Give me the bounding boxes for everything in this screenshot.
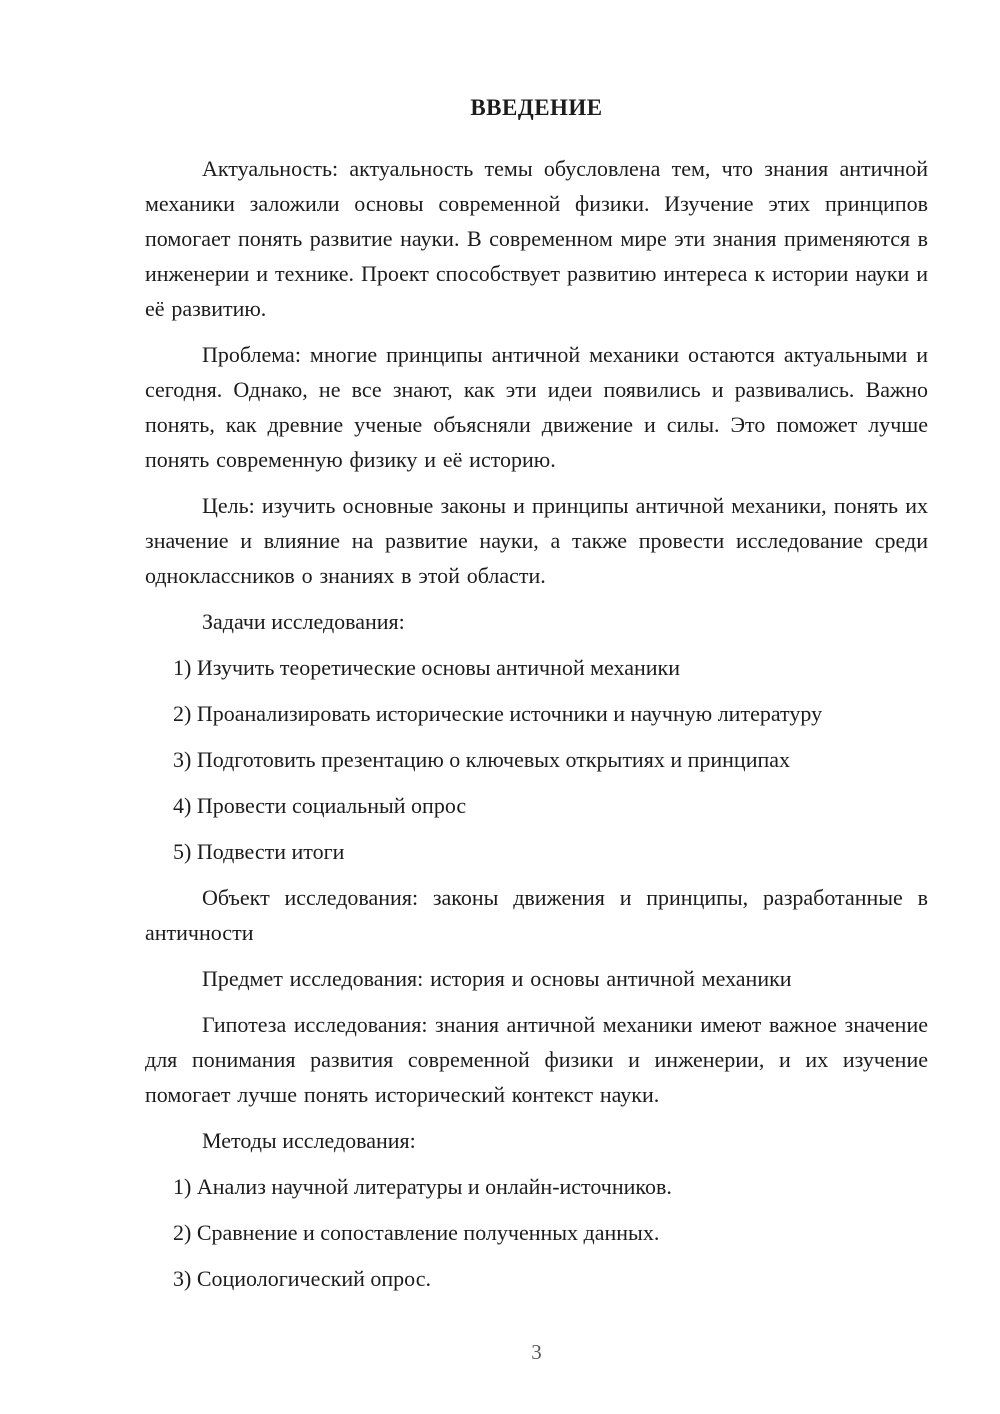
paragraph-problem: Проблема: многие принципы античной механ…	[145, 337, 928, 477]
method-item-3: 3) Социологический опрос.	[173, 1261, 928, 1296]
paragraph-goal: Цель: изучить основные законы и принципы…	[145, 488, 928, 593]
method-item-2: 2) Сравнение и сопоставление полученных …	[173, 1215, 928, 1250]
document-page: ВВЕДЕНИЕ Актуальность: актуальность темы…	[0, 0, 1000, 1414]
page-number: 3	[145, 1335, 928, 1370]
tasks-heading: Задачи исследования:	[145, 604, 928, 639]
paragraph-subject: Предмет исследования: история и основы а…	[145, 961, 928, 996]
paragraph-object: Объект исследования: законы движения и п…	[145, 880, 928, 950]
page-title: ВВЕДЕНИЕ	[145, 92, 928, 124]
paragraph-hypothesis: Гипотеза исследования: знания античной м…	[145, 1007, 928, 1112]
task-item-3: 3) Подготовить презентацию о ключевых от…	[173, 742, 928, 777]
task-item-5: 5) Подвести итоги	[173, 834, 928, 869]
methods-heading: Методы исследования:	[145, 1123, 928, 1158]
task-item-1: 1) Изучить теоретические основы античной…	[173, 650, 928, 685]
page-content: ВВЕДЕНИЕ Актуальность: актуальность темы…	[145, 92, 928, 1307]
method-item-1: 1) Анализ научной литературы и онлайн-ис…	[173, 1169, 928, 1204]
paragraph-relevance: Актуальность: актуальность темы обусловл…	[145, 151, 928, 326]
task-item-2: 2) Проанализировать исторические источни…	[173, 696, 928, 731]
task-item-4: 4) Провести социальный опрос	[173, 788, 928, 823]
